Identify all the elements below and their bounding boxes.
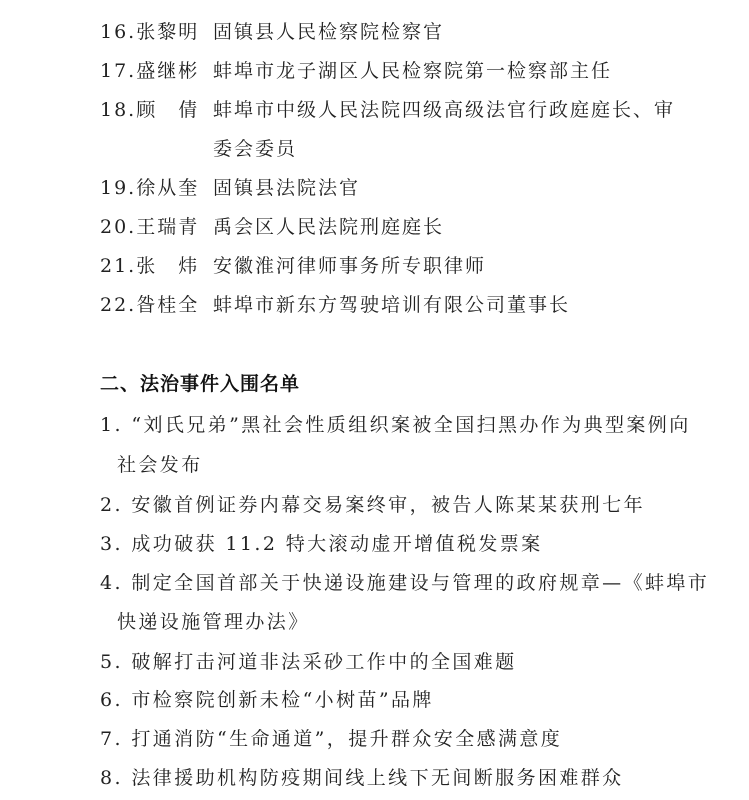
person-title-continued: 委会委员 (213, 139, 297, 159)
person-title: 禹会区人民法院刑庭庭长 (213, 217, 444, 237)
section-heading: 二、法治事件入围名单 (100, 373, 300, 395)
event-item: 8. 法律援助机构防疫期间线上线下无间断服务困难群众 (100, 768, 624, 788)
person-name: 顾 倩 (136, 100, 199, 120)
person-title: 蚌埠市中级人民法院四级高级法官行政庭庭长、审 (213, 100, 675, 120)
person-title: 固镇县法院法官 (213, 178, 360, 198)
person-title: 安徽淮河律师事务所专职律师 (213, 256, 486, 276)
person-name: 张 炜 (136, 256, 199, 276)
person-number: 16. (100, 22, 136, 42)
person-name: 盛继彬 (136, 61, 199, 81)
person-number: 19. (100, 178, 136, 198)
person-number: 20. (100, 217, 136, 237)
event-item: 2. 安徽首例证券内幕交易案终审，被告人陈某某获刑七年 (100, 495, 645, 515)
person-name: 徐从奎 (136, 178, 199, 198)
person-title: 蚌埠市新东方驾驶培训有限公司董事长 (213, 295, 570, 315)
person-number: 18. (100, 100, 136, 120)
event-item: 3. 成功破获 11.2 特大滚动虚开增值税发票案 (100, 534, 543, 554)
event-item-continued: 快递设施管理办法》 (117, 612, 310, 632)
person-title: 蚌埠市龙子湖区人民检察院第一检察部主任 (213, 61, 612, 81)
person-name: 王瑞青 (136, 217, 199, 237)
person-number: 22. (100, 295, 136, 315)
person-row: 18.顾 倩 (100, 100, 199, 120)
person-title: 固镇县人民检察院检察官 (213, 22, 444, 42)
person-row: 20.王瑞青 (100, 217, 199, 237)
event-item: 7. 打通消防“生命通道”，提升群众安全感满意度 (100, 729, 562, 749)
event-item: 6. 市检察院创新未检“小树苗”品牌 (100, 690, 434, 710)
person-row: 17.盛继彬 (100, 61, 199, 81)
person-row: 19.徐从奎 (100, 178, 199, 198)
person-number: 17. (100, 61, 136, 81)
person-name: 昝桂全 (136, 295, 199, 315)
event-item: 4. 制定全国首部关于快递设施建设与管理的政府规章—《蚌埠市 (100, 573, 709, 593)
event-item: 5. 破解打击河道非法采砂工作中的全国难题 (100, 652, 517, 672)
person-row: 22.昝桂全 (100, 295, 199, 315)
event-item: 1. “刘氏兄弟”黑社会性质组织案被全国扫黑办作为典型案例向 (100, 415, 691, 435)
person-row: 21.张 炜 (100, 256, 199, 276)
person-name: 张黎明 (136, 22, 199, 42)
person-row: 16.张黎明 (100, 22, 199, 42)
event-item-continued: 社会发布 (117, 455, 203, 475)
person-number: 21. (100, 256, 136, 276)
